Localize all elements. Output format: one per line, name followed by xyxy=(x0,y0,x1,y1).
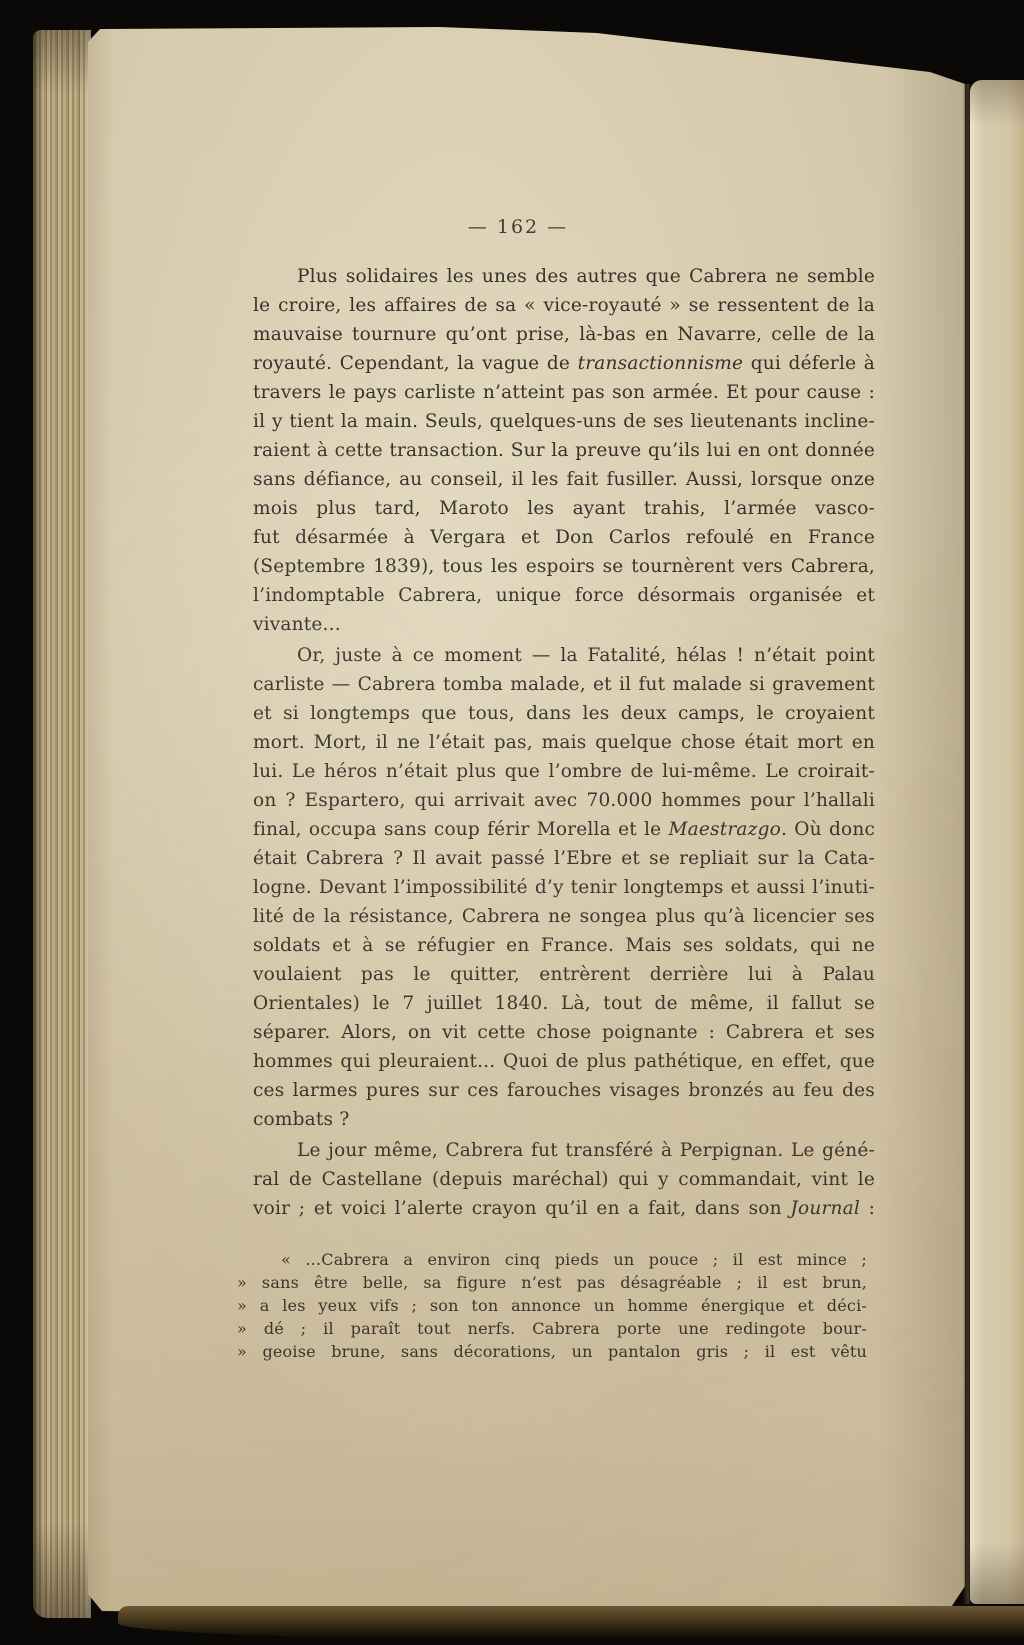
text-line: fut désarmée à Vergara et Don Carlos ref… xyxy=(253,523,875,552)
paragraph-2: Or, juste à ce moment — la Fatalité, hél… xyxy=(253,641,875,1134)
text-line: combats ? xyxy=(253,1105,875,1134)
text-line: mauvaise tournure qu’ont prise, là-bas e… xyxy=(253,320,875,349)
text-line: ral de Castellane (depuis maréchal) qui … xyxy=(253,1165,875,1194)
bottom-page-edges xyxy=(118,1606,1024,1640)
paragraph-3: Le jour même, Cabrera fut transféré à Pe… xyxy=(253,1136,875,1223)
text-line: » a les yeux vifs ; son ton annonce un h… xyxy=(237,1294,867,1317)
text-line: l’indomptable Cabrera, unique force déso… xyxy=(253,581,875,610)
text-line: « ...Cabrera a environ cinq pieds un pou… xyxy=(237,1248,867,1271)
page-edge-stack xyxy=(33,30,91,1618)
text-line: raient à cette transaction. Sur la preuv… xyxy=(253,436,875,465)
text-line: et si longtemps que tous, dans les deux … xyxy=(253,699,875,728)
text-line: » dé ; il paraît tout nerfs. Cabrera por… xyxy=(237,1317,867,1340)
text-line: logne. Devant l’impossibilité d’y tenir … xyxy=(253,873,875,902)
text-line: lité de la résistance, Cabrera ne songea… xyxy=(253,902,875,931)
text-line: soldats et à se réfugier en France. Mais… xyxy=(253,931,875,960)
text-line: travers le pays carliste n’atteint pas s… xyxy=(253,378,875,407)
page-number: — 162 — xyxy=(208,216,828,238)
text-line: sans défiance, au conseil, il les fait f… xyxy=(253,465,875,494)
text-line: royauté. Cependant, la vague de transact… xyxy=(253,349,875,378)
text-line: final, occupa sans coup férir Morella et… xyxy=(253,815,875,844)
text-line: mois plus tard, Maroto les ayant trahis,… xyxy=(253,494,875,523)
text-line: Le jour même, Cabrera fut transféré à Pe… xyxy=(253,1136,875,1165)
text-line: vivante... xyxy=(253,610,875,639)
text-line: hommes qui pleuraient... Quoi de plus pa… xyxy=(253,1047,875,1076)
text-line: (Septembre 1839), tous les espoirs se to… xyxy=(253,552,875,581)
paragraph-1: Plus solidaires les unes des autres que … xyxy=(253,262,875,639)
text-line: ces larmes pures sur ces farouches visag… xyxy=(253,1076,875,1105)
text-line: mort. Mort, il ne l’était pas, mais quel… xyxy=(253,728,875,757)
text-line: était Cabrera ? Il avait passé l’Ebre et… xyxy=(253,844,875,873)
text-line: Orientales) le 7 juillet 1840. Là, tout … xyxy=(253,989,875,1018)
text-line: Plus solidaires les unes des autres que … xyxy=(253,262,875,291)
page-gutter-crease xyxy=(963,84,970,1604)
text-block: Plus solidaires les unes des autres que … xyxy=(253,262,875,1223)
photo-backdrop: { "book_page": { "page_number": "— 162 —… xyxy=(0,0,1024,1645)
text-line: le croire, les affaires de sa « vice-roy… xyxy=(253,291,875,320)
text-line: voir ; et voici l’alerte crayon qu’il en… xyxy=(253,1194,875,1223)
text-line: » sans être belle, sa figure n’est pas d… xyxy=(237,1271,867,1294)
text-line: » geoise brune, sans décorations, un pan… xyxy=(237,1340,867,1363)
text-line: Or, juste à ce moment — la Fatalité, hél… xyxy=(253,641,875,670)
text-line: séparer. Alors, on vit cette chose poign… xyxy=(253,1018,875,1047)
text-line: carliste — Cabrera tomba malade, et il f… xyxy=(253,670,875,699)
book-page: — 162 — Plus solidaires les unes des aut… xyxy=(88,26,965,1615)
text-line: on ? Espartero, qui arrivait avec 70.000… xyxy=(253,786,875,815)
text-line: lui. Le héros n’était plus que l’ombre d… xyxy=(253,757,875,786)
text-line: voulaient pas le quitter, entrèrent derr… xyxy=(253,960,875,989)
text-line: il y tient la main. Seuls, quelques-uns … xyxy=(253,407,875,436)
quote-block: « ...Cabrera a environ cinq pieds un pou… xyxy=(237,1248,867,1363)
facing-page-sliver xyxy=(970,80,1024,1604)
